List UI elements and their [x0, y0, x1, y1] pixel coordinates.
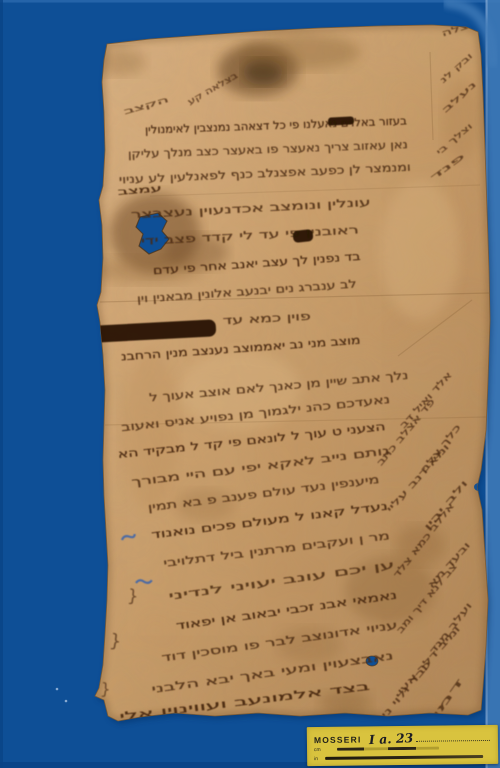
stain	[240, 34, 360, 70]
cm-unit-label: cm	[314, 746, 325, 752]
flourish-brace: }	[100, 679, 112, 699]
in-scale-bar	[325, 755, 483, 760]
background-left-shade	[0, 0, 3, 768]
background-top-highlight	[0, 0, 500, 3]
cm-bar-segment	[416, 746, 439, 750]
photo-stage: בעזור באלוים נאעלנו פי כל דצאהב נמנצבין …	[0, 0, 500, 768]
dust-speck	[56, 688, 59, 691]
cm-bar-segment	[337, 747, 364, 751]
shelfmark: I a. 23	[368, 732, 413, 745]
shelfmark-dotted-line	[416, 730, 490, 742]
redaction-ink-blot	[292, 229, 313, 243]
in-unit-label: in	[314, 755, 325, 761]
dust-speck	[65, 700, 68, 703]
collection-name: MOSSERI	[314, 735, 362, 746]
redaction-ink-blot	[328, 116, 354, 125]
cm-bar-segment	[364, 747, 388, 751]
cm-scale-bar	[337, 746, 439, 751]
paper-fragment: בעזור באלוים נאעלנו פי כל דצאהב נמנצבין …	[90, 19, 500, 730]
in-scale-row: in	[314, 752, 492, 763]
manuscript-photo-canvas: בעזור באלוים נאעלנו פי כל דצאהב נמנצבין …	[0, 0, 500, 768]
flourish-brace: }	[126, 586, 139, 607]
collection-label: MOSSERI I a. 23 cm in	[307, 725, 498, 766]
stain	[380, 180, 460, 320]
cm-bar-segment	[388, 747, 416, 751]
